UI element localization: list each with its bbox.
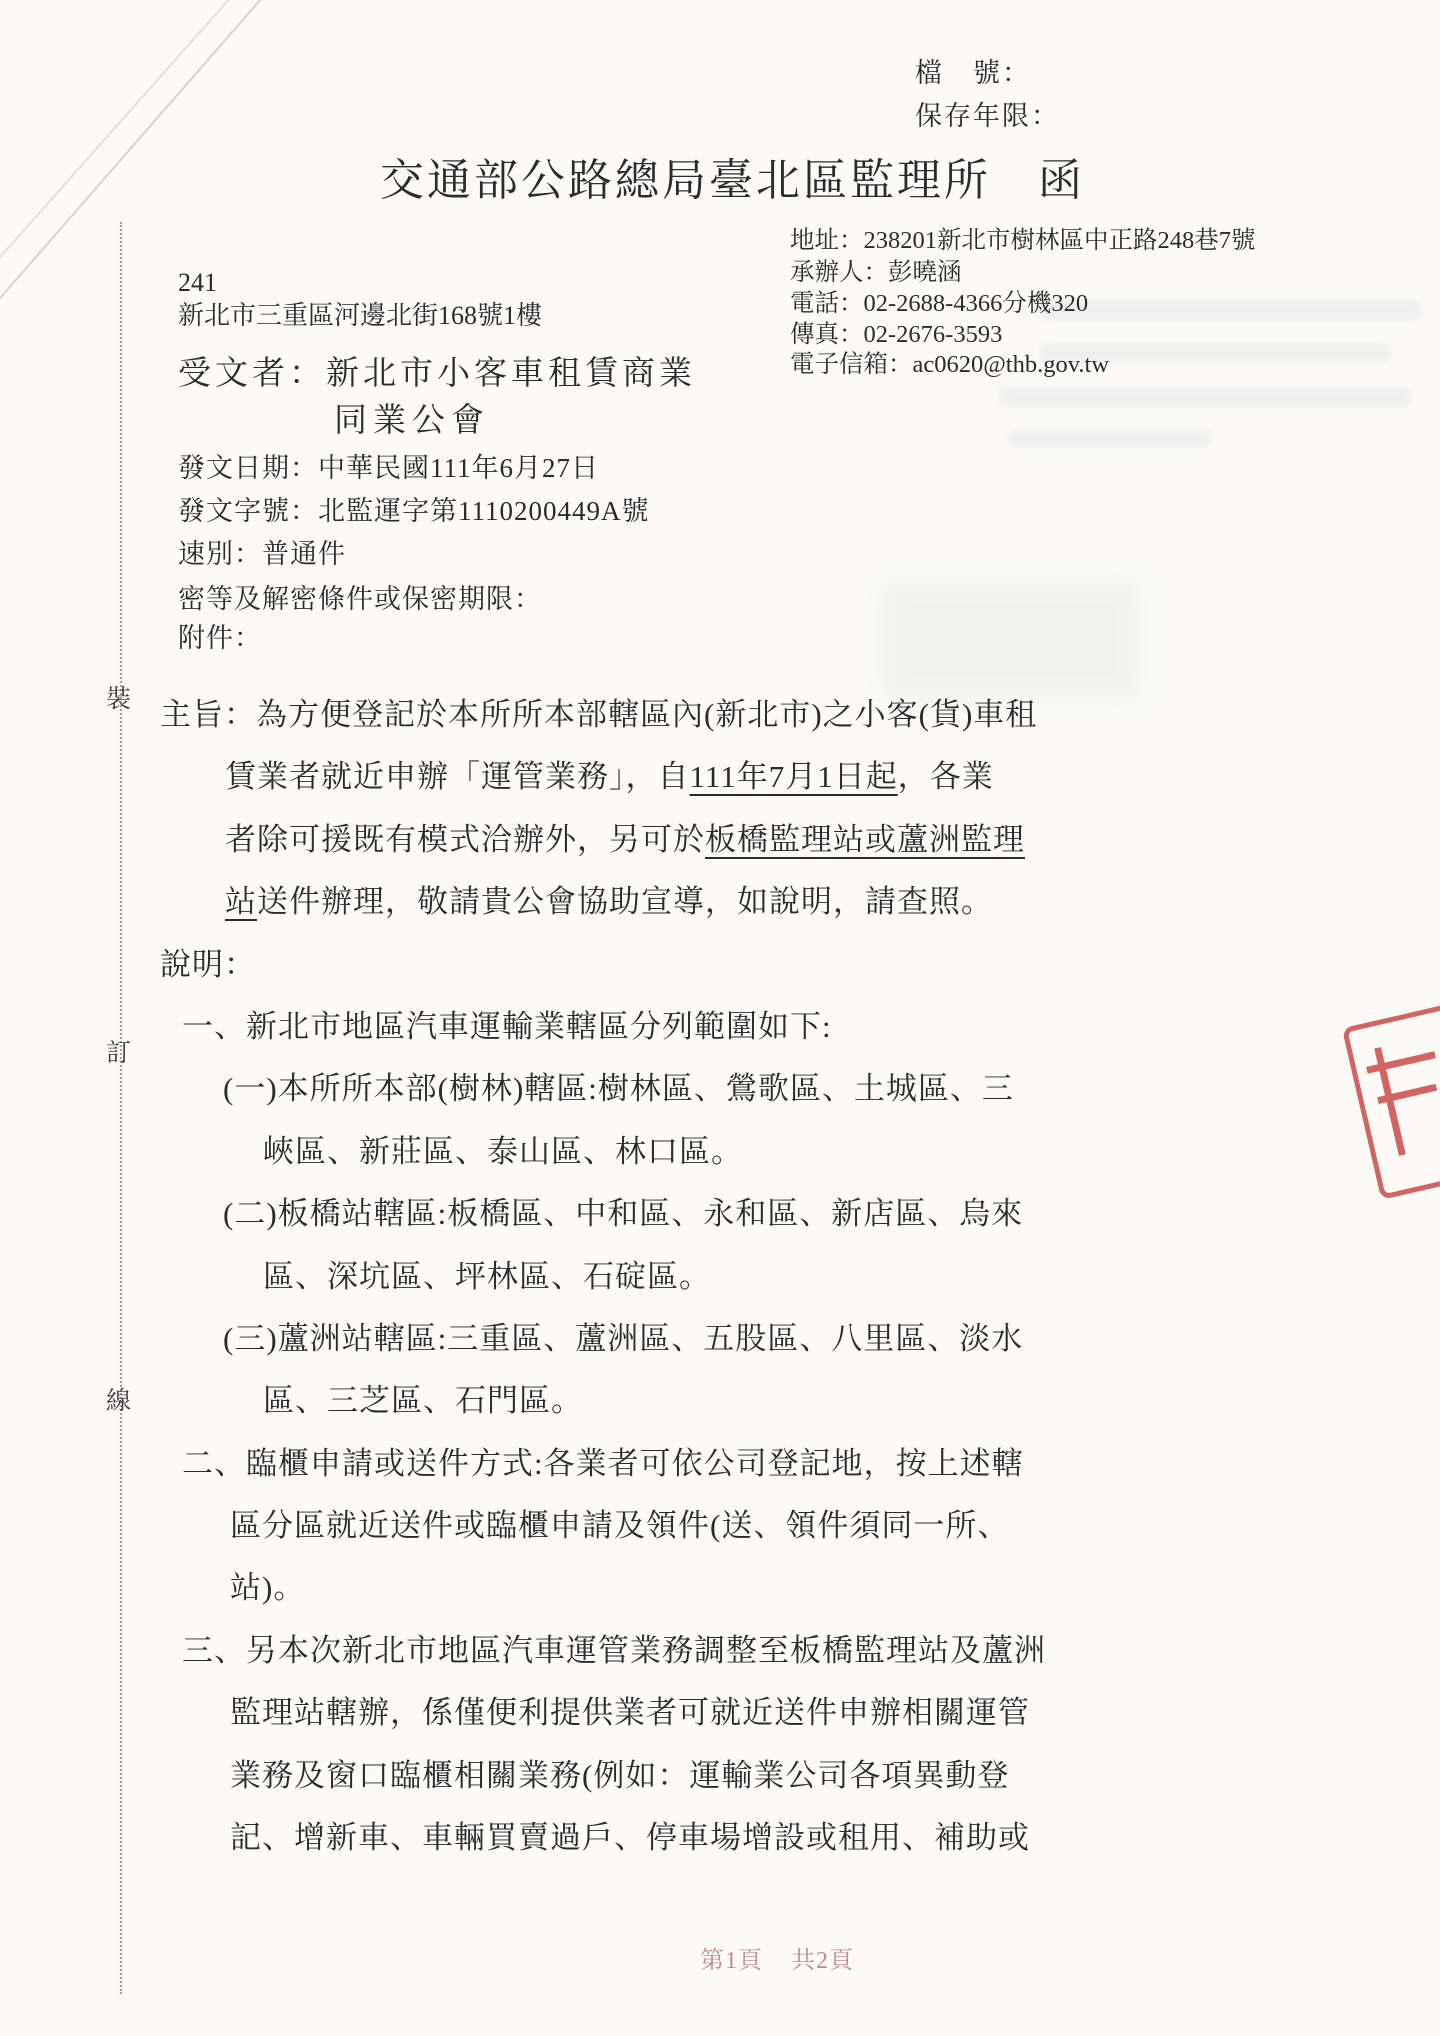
body-line: 峽區、新莊區、泰山區、林口區。 [0,1121,1440,1183]
body-line: 區、深坑區、坪林區、石碇區。 [0,1246,1440,1308]
body-line: 說明： [0,934,1440,996]
body-text: 二、臨櫃申請或送件方式:各業者可依公司登記地，按上述轄 [182,1446,1024,1481]
body-text: 監理站轄辦，係僅便利提供業者可就近送件申辦相關運管 [230,1695,1030,1730]
current-page: 第1頁 [700,1948,763,1976]
underlined-text: 板橋監理站或蘆洲監理 [705,822,1025,857]
total-pages: 共2頁 [791,1948,854,1976]
body-text: (一)本所所本部(樹林)轄區:樹林區、鶯歌區、土城區、三 [223,1071,1014,1106]
body-lines: 主旨：為方便登記於本所所本部轄區內(新北市)之小客(貨)車租賃業者就近申辦「運管… [0,684,1440,1869]
fold-crease-line [0,0,262,300]
scanned-letter-page: 檔 號： 保存年限： 交通部公路總局臺北區監理所 函 地址：238201新北市樹… [0,0,1440,2036]
body-text: 區、深坑區、坪林區、石碇區。 [263,1259,711,1294]
binding-mark-zhuang: 裝 [106,686,131,715]
body-text: 一、新北市地區汽車運輸業轄區分列範圍如下: [182,1009,832,1044]
body-line: 記、增新車、車輛買賣過戶、停車場增設或租用、補助或 [0,1807,1440,1869]
body-line: 一、新北市地區汽車運輸業轄區分列範圍如下: [0,996,1440,1058]
sender-address: 地址：238201新北市樹林區中正路248巷7號 [790,227,1256,255]
body-text: 說明： [160,947,256,982]
body-line: (三)蘆洲站轄區:三重區、蘆洲區、五股區、八里區、淡水 [0,1308,1440,1370]
bleed-through-ghost [1010,430,1210,446]
body-line: 賃業者就近申辦「運管業務」，自111年7月1日起，各業 [0,746,1440,808]
body-line: 主旨：為方便登記於本所所本部轄區內(新北市)之小客(貨)車租 [0,684,1440,746]
security-classification: 密等及解密條件或保密期限： [178,584,542,615]
page-footer: 第1頁 共2頁 [700,1948,854,1976]
underlined-text: 111年7月1日起 [690,759,898,794]
retention-period-label: 保存年限： [915,101,1060,132]
body-text: 送件辦理，敬請貴公會協助宣導，如說明，請查照。 [257,884,993,919]
body-text: 區分區就近送件或臨櫃申請及領件(送、領件須同一所、 [230,1508,1009,1543]
sender-contact-person: 承辦人：彭曉涵 [790,259,962,287]
document-number: 發文字號：北監運字第1110200449A號 [178,496,650,527]
body-line: 區分區就近送件或臨櫃申請及領件(送、領件須同一所、 [0,1495,1440,1557]
bleed-through-ghost [1000,388,1410,406]
issue-date: 發文日期：中華民國111年6月27日 [178,453,599,484]
bleed-through-ghost [1040,300,1420,320]
file-number-label: 檔 號： [915,58,1031,89]
body-text: 主旨：為方便登記於本所所本部轄區內(新北市)之小客(貨)車租 [160,697,1037,732]
body-line: 站送件辦理，敬請貴公會協助宣導，如說明，請查照。 [0,871,1440,933]
binding-dotted-line [120,222,122,1994]
body-text: 峽區、新莊區、泰山區、林口區。 [263,1134,743,1169]
body-text: ，各業 [898,759,994,794]
recipient-line-1: 受文者：新北市小客車租賃商業 [178,356,696,394]
binding-mark-xian: 線 [106,1388,131,1417]
body-line: (二)板橋站轄區:板橋區、中和區、永和區、新店區、烏來 [0,1183,1440,1245]
body-text: (三)蘆洲站轄區:三重區、蘆洲區、五股區、八里區、淡水 [223,1321,1023,1356]
body-text: (二)板橋站轄區:板橋區、中和區、永和區、新店區、烏來 [223,1196,1023,1231]
body-text: 三、另本次新北市地區汽車運管業務調整至板橋監理站及蘆洲 [182,1633,1046,1668]
body-text: 站)。 [230,1570,305,1605]
underlined-text: 站 [225,884,257,919]
body-text: 者除可援既有模式洽辦外，另可於 [225,822,705,857]
recipient-postal-code: 241 [178,268,217,298]
sender-fax: 傳真：02-2676-3593 [790,321,1002,349]
attachment-label: 附件： [178,623,262,654]
body-text: 賃業者就近申辦「運管業務」，自 [225,759,690,794]
body-line: 監理站轄辦，係僅便利提供業者可就近送件申辦相關運管 [0,1682,1440,1744]
body-text: 記、增新車、車輛買賣過戶、停車場增設或租用、補助或 [230,1820,1030,1855]
body-line: 業務及窗口臨櫃相關業務(例如：運輸業公司各項異動登 [0,1745,1440,1807]
body-line: 區、三芝區、石門區。 [0,1370,1440,1432]
body-line: 站)。 [0,1557,1440,1619]
body-line: 二、臨櫃申請或送件方式:各業者可依公司登記地，按上述轄 [0,1433,1440,1495]
priority-level: 速別：普通件 [178,539,346,570]
sender-email: 電子信箱：ac0620@thb.gov.tw [790,351,1109,379]
body-line: 者除可援既有模式洽辦外，另可於板橋監理站或蘆洲監理 [0,809,1440,871]
bleed-through-ghost [880,580,1140,700]
recipient-address: 新北市三重區河邊北街168號1樓 [178,301,542,331]
document-title: 交通部公路總局臺北區監理所 函 [380,156,1085,207]
body-text: 區、三芝區、石門區。 [263,1383,583,1418]
recipient-line-2: 同業公會 [334,403,490,441]
sender-phone: 電話：02-2688-4366分機320 [790,290,1088,318]
body-line: 三、另本次新北市地區汽車運管業務調整至板橋監理站及蘆洲 [0,1620,1440,1682]
fold-crease-line [0,0,231,259]
binding-mark-ding: 訂 [106,1040,131,1069]
body-text: 業務及窗口臨櫃相關業務(例如：運輸業公司各項異動登 [230,1758,1009,1793]
body-line: (一)本所所本部(樹林)轄區:樹林區、鶯歌區、土城區、三 [0,1058,1440,1120]
